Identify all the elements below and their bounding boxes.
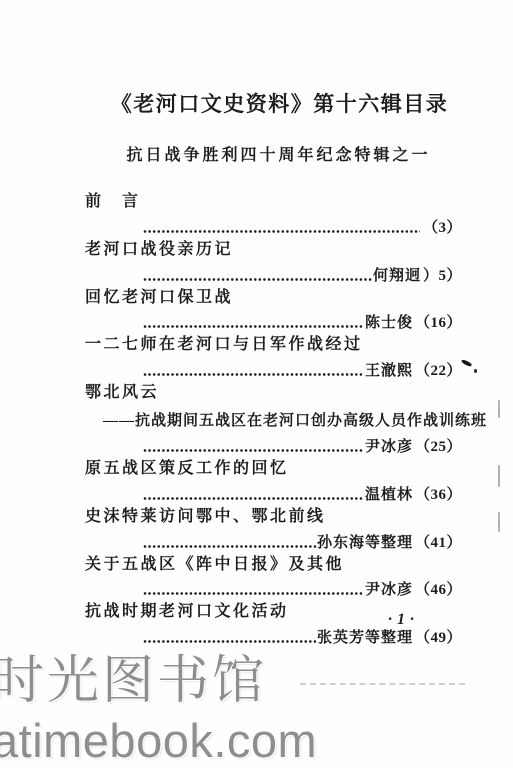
toc-entry: 史沫特莱访问鄂中、鄂北前线 孙东海等整理 （41）	[85, 509, 462, 552]
toc-entry-page: ）5）	[421, 264, 462, 285]
dot-leader	[143, 639, 316, 644]
dot-leader	[143, 591, 364, 596]
toc-entry-page: （41）	[413, 531, 462, 552]
toc-entry: 关于五战区《阵中日报》及其他 尹冰彦 （46）	[85, 557, 462, 600]
toc-entry-author: 温植林	[364, 483, 413, 504]
scan-edge-artifact	[498, 400, 500, 418]
dot-leader	[143, 372, 364, 377]
toc-entry-page: （36）	[413, 483, 462, 504]
scan-faint-dashes	[300, 683, 465, 685]
toc-entries: 前 言 （3） 老河口战役亲历记 何翔迥 ）5） 回忆老河口保卫战	[85, 194, 462, 647]
toc-entry-page: （46）	[413, 578, 462, 599]
toc-entry-title: 鄂北风云	[85, 385, 462, 402]
watermark-site-url: atimebook.com	[0, 717, 317, 764]
toc-leader-line: （3）	[85, 220, 462, 237]
ink-dot-mark	[474, 369, 477, 373]
toc-leader-line: 孙东海等整理 （41）	[85, 535, 462, 552]
toc-entry-page: （3）	[421, 216, 462, 237]
toc-entry: 鄂北风云 ——抗战期间五战区在老河口创办高级人员作战训练班 尹冰彦 （25）	[85, 385, 462, 456]
dot-leader	[143, 496, 364, 501]
watermark-site-name: 时光图书馆	[0, 655, 317, 707]
page-number: ·1·	[388, 611, 419, 629]
toc-entry: 回忆老河口保卫战 陈士俊 （16）	[85, 290, 462, 333]
toc-entry-title: 前 言	[85, 194, 462, 211]
scan-edge-artifact	[498, 512, 500, 532]
toc-entry: 前 言 （3）	[85, 194, 462, 237]
scan-edge-artifact	[498, 465, 500, 487]
toc-entry-author: 孙东海等整理	[316, 531, 413, 552]
dot-leader	[143, 448, 364, 453]
toc-entry: 一二七师在老河口与日军作战经过 王澈熙 （22）	[85, 337, 462, 380]
toc-entry-author: 尹冰彦	[364, 435, 413, 456]
toc-entry-author: 尹冰彦	[364, 578, 413, 599]
toc-leader-line: 尹冰彦 （46）	[85, 582, 462, 599]
toc-entry-page: （49）	[413, 626, 462, 647]
toc-entry-title: 原五战区策反工作的回忆	[85, 461, 462, 478]
toc-leader-line: 何翔迥 ）5）	[85, 268, 462, 285]
toc-entry-author: 陈士俊	[364, 311, 413, 332]
page-title: 《老河口文史资料》第十六辑目录	[67, 0, 492, 118]
toc-document: 《老河口文史资料》第十六辑目录 抗日战争胜利四十周年纪念特辑之一 前 言 （3）…	[0, 0, 513, 647]
toc-leader-line: 张英芳等整理 （49）	[85, 630, 462, 647]
toc-entry-page: （25）	[413, 435, 462, 456]
toc-entry-title: 一二七师在老河口与日军作战经过	[85, 337, 462, 354]
toc-leader-line: 陈士俊 （16）	[85, 315, 462, 332]
toc-entry-subtitle: ——抗战期间五战区在老河口创办高级人员作战训练班	[85, 409, 462, 430]
dot-leader	[143, 277, 372, 282]
toc-entry-title: 老河口战役亲历记	[85, 242, 462, 259]
toc-entry-author: 何翔迥	[372, 264, 421, 285]
dot-leader	[143, 229, 420, 234]
toc-leader-line: 尹冰彦 （25）	[85, 439, 462, 456]
toc-entry-page: （22）	[413, 359, 462, 380]
toc-leader-line: 温植林 （36）	[85, 487, 462, 504]
page-subtitle: 抗日战争胜利四十周年纪念特辑之一	[75, 142, 482, 165]
toc-entry-title: 史沫特莱访问鄂中、鄂北前线	[85, 509, 462, 526]
dot-leader	[143, 324, 364, 329]
toc-entry-title: 回忆老河口保卫战	[85, 290, 462, 307]
toc-entry: 原五战区策反工作的回忆 温植林 （36）	[85, 461, 462, 504]
toc-entry: 老河口战役亲历记 何翔迥 ）5）	[85, 242, 462, 285]
scanned-page: 《老河口文史资料》第十六辑目录 抗日战争胜利四十周年纪念特辑之一 前 言 （3）…	[0, 0, 513, 768]
dot-leader	[143, 544, 316, 549]
toc-entry-page: （16）	[413, 311, 462, 332]
watermark: 时光图书馆 atimebook.com	[0, 655, 317, 764]
toc-entry-author: 张英芳等整理	[316, 626, 413, 647]
toc-entry-title: 关于五战区《阵中日报》及其他	[85, 557, 462, 574]
toc-leader-line: 王澈熙 （22）	[85, 363, 462, 380]
toc-entry-author: 王澈熙	[364, 359, 413, 380]
